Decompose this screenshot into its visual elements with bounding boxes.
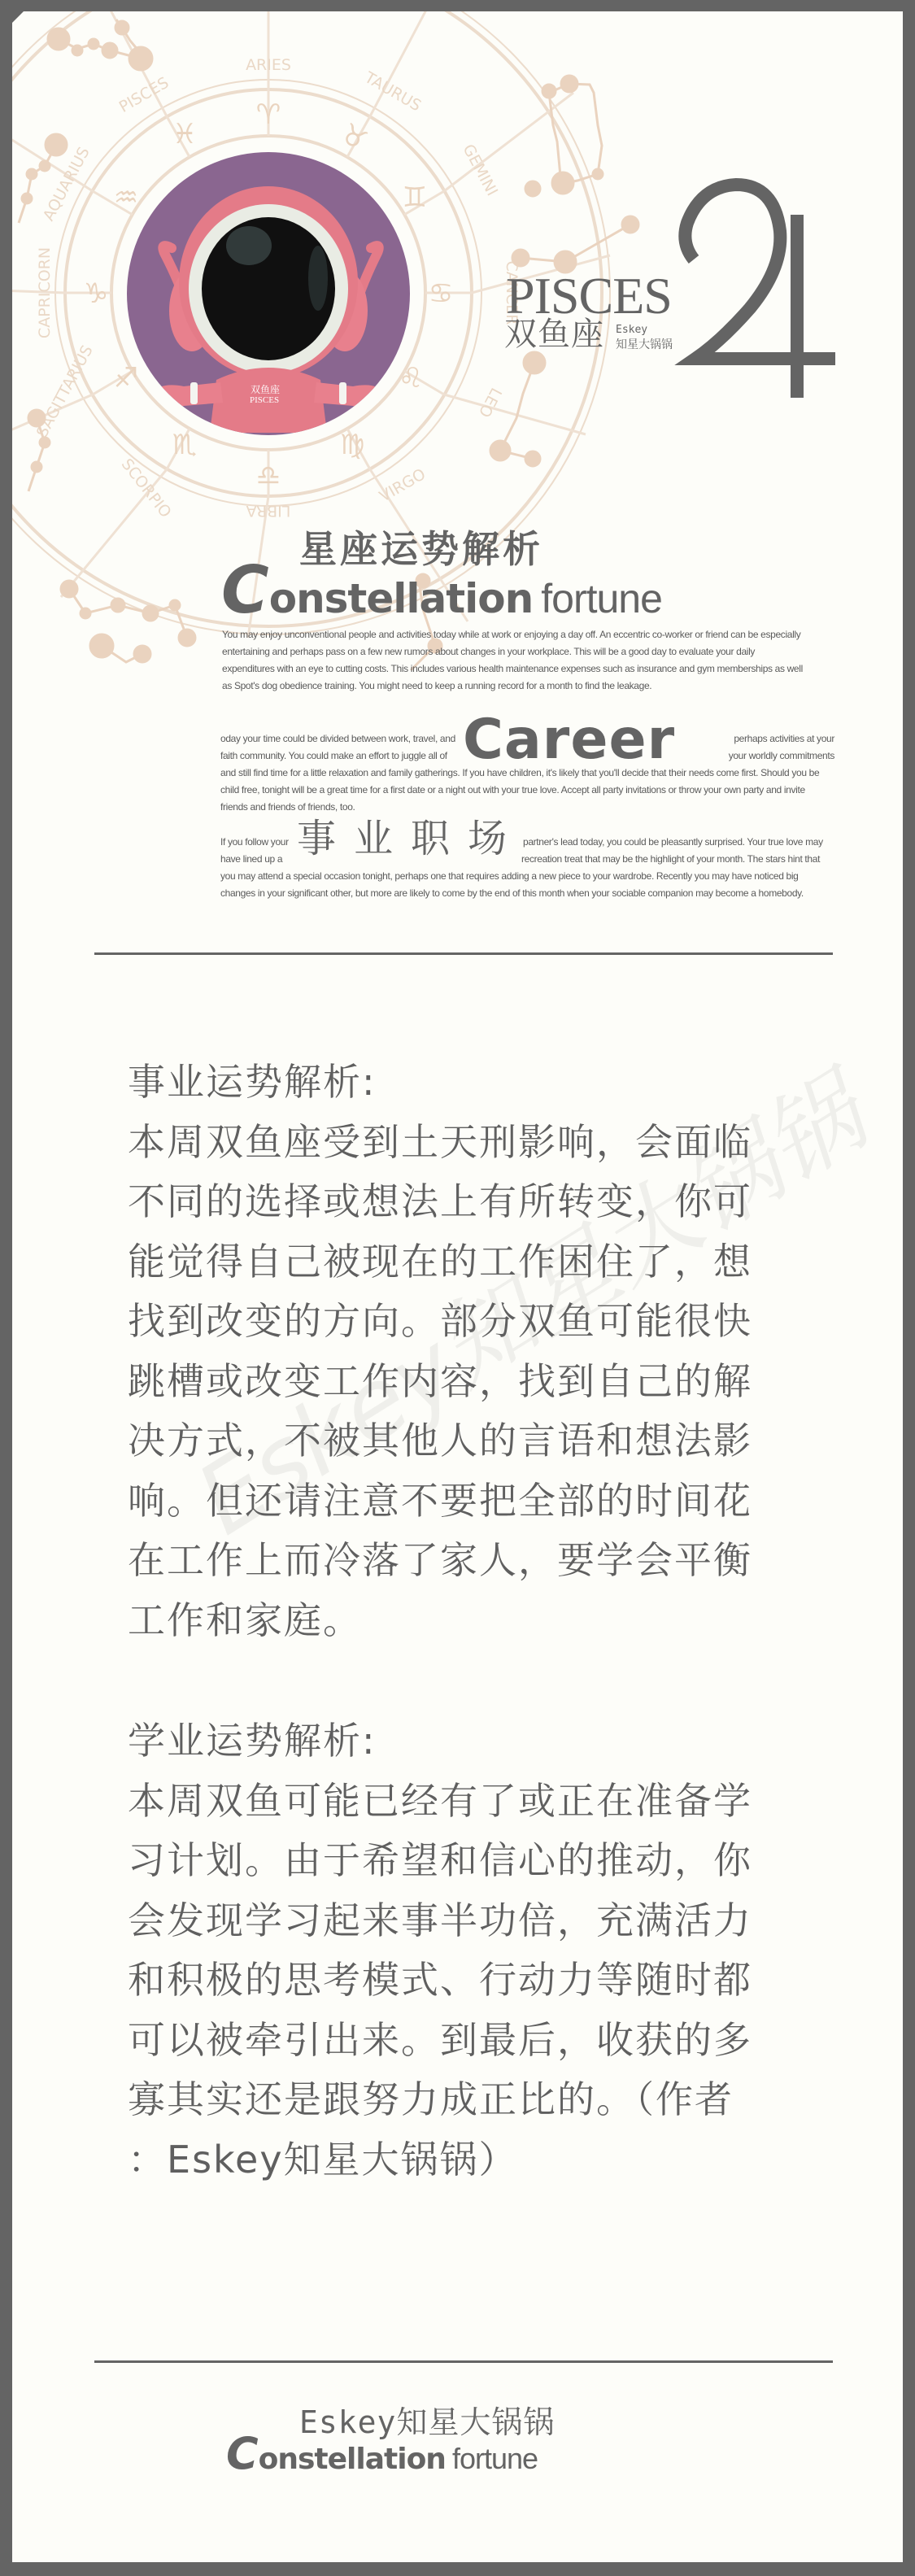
svg-text:♊: ♊	[403, 181, 427, 214]
divider-top	[94, 952, 833, 955]
svg-text:♓: ♓	[172, 118, 197, 150]
footer-title: Constellationfortune	[226, 2432, 538, 2476]
section-title-en: Constellationfortune	[221, 558, 662, 623]
svg-text:♌: ♌	[399, 362, 423, 394]
p3-right-2: recreation treat that may be the highlig…	[521, 851, 820, 868]
career-line: 工作和家庭。	[128, 1591, 811, 1651]
study-line: ：Eskey知星大锅锅）	[128, 2130, 811, 2190]
p2-rest: and still find time for a little relaxat…	[220, 765, 834, 816]
svg-text:SAGITTARIUS: SAGITTARIUS	[33, 342, 97, 440]
career-line: 找到改变的方向。部分双鱼可能很快	[128, 1292, 811, 1352]
svg-text:LIBRA: LIBRA	[246, 502, 291, 520]
svg-text:GEMINI: GEMINI	[459, 142, 501, 199]
p3-right-1: partner's lead today, you could be pleas…	[523, 834, 823, 851]
brand-cn: 知星大锅锅	[616, 339, 673, 351]
divider-bottom	[94, 2360, 833, 2363]
title-suffix: fortune	[541, 576, 662, 621]
svg-text:♑: ♑	[84, 277, 108, 310]
svg-text:♎: ♎	[256, 460, 281, 492]
study-heading: 学业运势解析:	[128, 1711, 811, 1772]
p3-left-2: have lined up a	[220, 853, 282, 865]
mascot-chest-en: PISCES	[250, 395, 279, 405]
brand-en: Eskey	[616, 325, 647, 335]
title-initial: C	[221, 552, 269, 628]
svg-text:♏: ♏	[172, 429, 197, 461]
sign-name-cn: 双鱼座	[504, 318, 604, 351]
study-line: 寡其实还是跟努力成正比的。（作者	[128, 2070, 811, 2130]
footer-title-initial: C	[226, 2428, 259, 2479]
svg-text:LEO: LEO	[475, 385, 505, 420]
svg-text:VIRGO: VIRGO	[377, 465, 429, 506]
svg-text:♈: ♈	[256, 98, 281, 131]
p2-right-1: perhaps activities at your	[734, 730, 834, 748]
mascot-chest-cn: 双鱼座	[251, 382, 280, 396]
career-line: 跳槽或改变工作内容，找到自己的解	[128, 1352, 811, 1412]
mascot-avatar: 双鱼座 PISCES	[127, 152, 410, 435]
svg-text:♋: ♋	[429, 277, 453, 310]
career-analysis: 事业运势解析: 本周双鱼座受到土天刑影响，会面临 不同的选择或想法上有所转变，你…	[128, 1053, 811, 1650]
svg-text:TAURUS: TAURUS	[361, 68, 425, 116]
p2-left-1: oday your time could be divided between …	[220, 730, 455, 748]
svg-text:♐: ♐	[114, 362, 138, 394]
career-line: 不同的选择或想法上有所转变，你可	[128, 1172, 811, 1232]
title-rest: onstellation	[269, 575, 534, 622]
svg-text:SCORPIO: SCORPIO	[118, 455, 175, 521]
career-line: 响。但还请注意不要把全部的时间花	[128, 1471, 811, 1532]
study-line: 习计划。由于希望和信心的推动，你	[128, 1831, 811, 1891]
career-line: 能觉得自己被现在的工作困住了，想	[128, 1232, 811, 1292]
career-line: 在工作上而冷落了家人，要学会平衡	[128, 1531, 811, 1591]
footer-title-suffix: fortune	[452, 2442, 538, 2475]
p2-right-2: your worldly commitments	[729, 748, 834, 765]
issue-number-24	[673, 178, 852, 398]
study-analysis: 学业运势解析: 本周双鱼可能已经有了或正在准备学 习计划。由于希望和信心的推动，…	[128, 1711, 811, 2190]
svg-text:♍: ♍	[340, 429, 364, 461]
study-line: 可以被牵引出来。到最后，收获的多	[128, 2011, 811, 2071]
study-line: 本周双鱼可能已经有了或正在准备学	[128, 1772, 811, 1832]
svg-text:♒: ♒	[114, 181, 138, 214]
career-line: 本周双鱼座受到土天刑影响，会面临	[128, 1113, 811, 1173]
svg-text:CAPRICORN: CAPRICORN	[36, 247, 54, 338]
footer-title-rest: onstellation	[259, 2443, 446, 2476]
svg-text:PISCES: PISCES	[116, 74, 172, 116]
career-heading: 事业运势解析:	[128, 1053, 811, 1113]
sign-name-en: PISCES	[506, 270, 672, 322]
poster-card: ♈ ♉ ♊ ♋ ♌ ♍ ♎ ♏ ♐ ♑ ♒ ♓ ARIES TAURUS GEM…	[12, 11, 903, 2562]
career-line: 决方式，不被其他人的言语和想法影	[128, 1411, 811, 1471]
intro-paragraph-1: You may enjoy unconventional people and …	[222, 626, 808, 695]
study-line: 和积极的思考模式、行动力等随时都	[128, 1951, 811, 2011]
study-line: 会发现学习起来事半功倍，充满活力	[128, 1891, 811, 1951]
p3-left-1: If you follow your	[220, 836, 289, 848]
svg-text:ARIES: ARIES	[246, 56, 291, 74]
intro-paragraph-3: If you follow your partner's lead today,…	[220, 834, 834, 902]
p3-rest: you may attend a special occasion tonigh…	[220, 868, 834, 902]
svg-text:AQUARIUS: AQUARIUS	[40, 144, 94, 224]
p2-left-2: faith community. You could make an effor…	[220, 748, 447, 765]
svg-text:♉: ♉	[335, 117, 373, 158]
intro-paragraph-2: oday your time could be divided between …	[220, 730, 834, 816]
